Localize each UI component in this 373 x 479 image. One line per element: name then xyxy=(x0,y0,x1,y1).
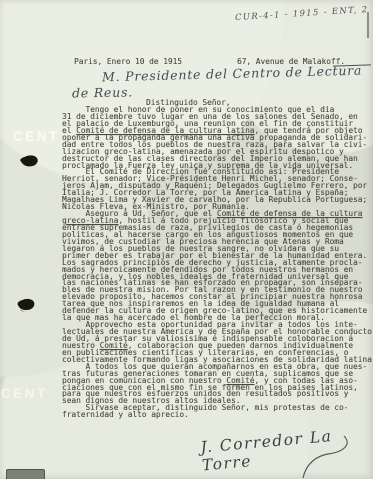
dateline: Paris, Enero 10 de 1915 xyxy=(74,57,182,66)
paper-edge-mark xyxy=(367,12,369,38)
paragraph: Approvecho esta oportunidad para invitar… xyxy=(62,322,371,364)
corner-artifact xyxy=(6,469,45,479)
archival-reference: CUR-4-1 - 1915 - ENT, 2 xyxy=(235,5,369,23)
paragraph: El Comité de Direccion fué constituido a… xyxy=(62,169,371,211)
watermark-text: CENT xyxy=(13,129,60,144)
scanned-letter-page: CENT CENT CUR-4-1 - 1915 - ENT, 2 Paris,… xyxy=(0,0,373,479)
paragraph: Aseguro á Ud, Señor, que el Comité de de… xyxy=(62,211,371,322)
signature-flourish-stroke xyxy=(240,430,360,479)
paragraph: A todos los que quieran acompañarnos en … xyxy=(62,364,371,406)
watermark-text: CENT xyxy=(1,386,48,401)
paragraph: Sirvase aceptar, distinguido Señor, mis … xyxy=(62,405,371,419)
ink-blot xyxy=(19,153,40,168)
letter-body: Tengo el honor de poner en su conocimien… xyxy=(62,107,371,419)
typed-line: fraternidad y alto aprecio. xyxy=(62,412,371,419)
handwritten-addressee-line2: de Reus. xyxy=(72,84,133,100)
paragraph: Tengo el honor de poner en su conocimien… xyxy=(62,107,371,169)
ink-blot xyxy=(16,296,36,312)
